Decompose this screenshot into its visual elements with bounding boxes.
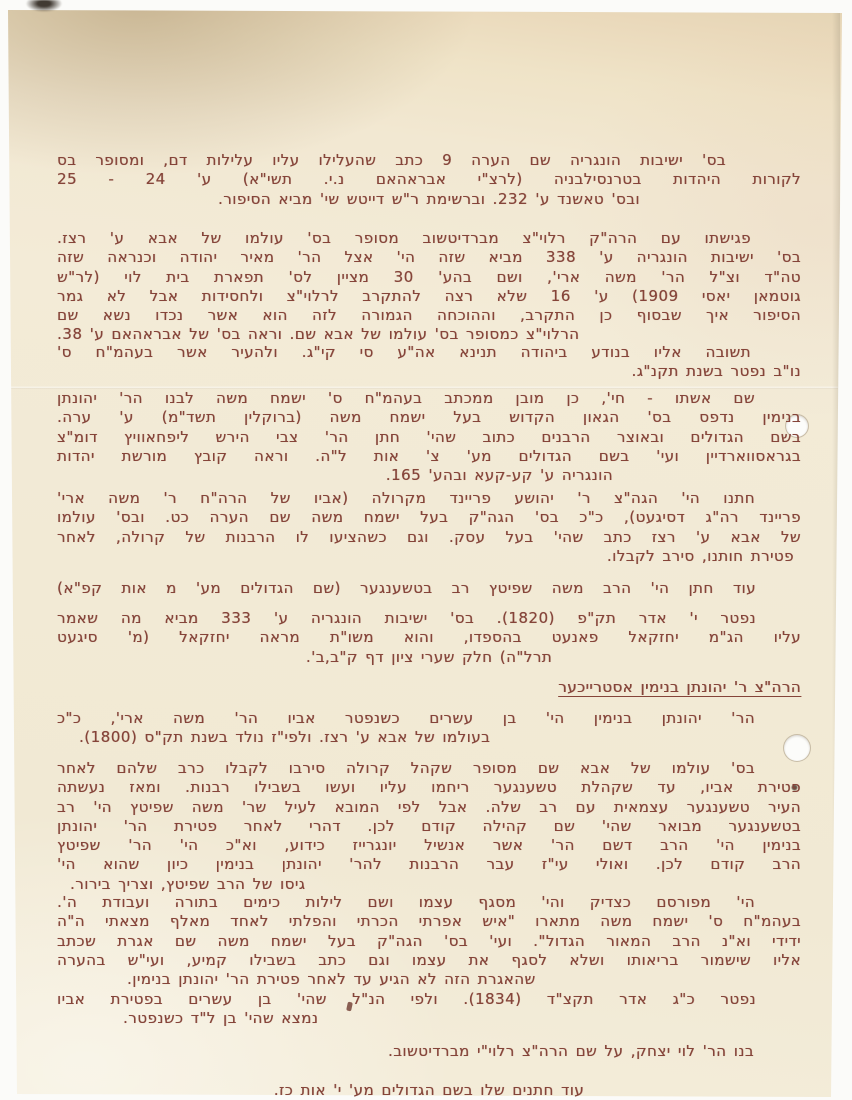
text-line: נו"ב נפטר בשנת תקנ"ג. — [57, 362, 801, 381]
paragraph-1: בס' ישיבות הונגריה שם הערה 9 כתב שהעלילו… — [57, 151, 801, 209]
scan-background: בס' ישיבות הונגריה שם הערה 9 כתב שהעלילו… — [0, 0, 852, 1100]
paragraph-5: חתנו הי' הגה"צ ר' יהושע פריינד מקרולה (א… — [57, 489, 801, 566]
text-line: הונגריה ע' קע-קעא ובהע' 165. — [57, 466, 801, 485]
paragraph-3: תשובה אליו בנודע ביהודה תנינא אה"ע סי קי… — [57, 343, 801, 382]
text-line: ידידי וא"נ הרב המאור הגדול". ועי' בס' הג… — [57, 932, 801, 951]
text-line: טה"ד וצ"ל הר' משה ארי', ושם בהע' 30 מציי… — [57, 268, 801, 287]
paragraph-14: עוד חתנים שלו בשם הגדולים מע' י' אות כז. — [57, 1081, 801, 1100]
text-line: בטשענגער מבואר שהי' שם קהילה קודם לכן. ד… — [57, 817, 801, 836]
text-line: בנו הר' לוי יצחק, על שם הרה"צ רלוי"י מבר… — [57, 1042, 801, 1061]
text-line: גיסו של הרב שפיטץ, וצריך בירור. — [57, 875, 801, 894]
text-line: נמצא שהי' בן ל"ד כשנפטר. — [57, 1009, 801, 1028]
text-line: בס' עולמו של אבא שם מסופר שקהל קרולה סיר… — [57, 759, 801, 778]
text-line: הסיפור איך שבסוף כן התקרב, וההוכחה הגמור… — [57, 306, 801, 325]
text-line: אליו שישמור בריאותו ושלא לסגף את עצמו וג… — [57, 951, 801, 970]
heading-text: הרה"צ ר' יהונתן בנימין אסטרייכער — [57, 678, 801, 697]
paper-edge-shade — [832, 10, 840, 1095]
text-line: בעהמ"ח ס' ישמח משה מתארו "איש אפרתי הכרת… — [57, 912, 801, 931]
text-line: חתנו הי' הגה"צ ר' יהושע פריינד מקרולה (א… — [57, 489, 801, 508]
text-line: עוד חתן הי' הרב משה שפיטץ רב בטשענגער (ש… — [57, 579, 801, 598]
text-line: של אבא ע' רצז כתב שהי' בעל עסק. וגם כשהצ… — [57, 528, 801, 547]
text-line: עוד חתנים שלו בשם הגדולים מע' י' אות כז. — [57, 1081, 801, 1100]
text-line: שהאגרת הזה לא הגיע עד לאחר פטירת הר' יהו… — [57, 970, 801, 989]
text-line: ובס' טאשנד ע' 232. וברשימת ר"ש דייטש שי'… — [57, 190, 801, 209]
document-text: בס' ישיבות הונגריה שם הערה 9 כתב שהעלילו… — [57, 0, 801, 1100]
paragraph-10: בס' עולמו של אבא שם מסופר שקהל קרולה סיר… — [57, 759, 801, 894]
paragraph-11: הי' מפורסם כצדיק והי' מסגף עצמו ושם לילו… — [57, 893, 801, 989]
text-line: לקורות היהדות בטרנסילבניה (לרצ"י אבראהאם… — [57, 170, 801, 189]
text-line: בגראסווארדיין ועי' בשם הגדולים מע' צ' או… — [57, 447, 801, 466]
text-line: הר' יהונתן בנימין הי' בן עשרים כשנפטר אב… — [57, 709, 801, 728]
text-line: פטירת חותנו, סירב לקבלו. — [57, 547, 801, 566]
text-line: בס' ישיבות הונגריה ע' 338 מביא שזה הי' א… — [57, 248, 801, 267]
text-line: פריינד רה"ג דסיגעט), כ"כ בס' הגה"ק בעל י… — [57, 508, 801, 527]
paragraph-6: עוד חתן הי' הרב משה שפיטץ רב בטשענגער (ש… — [57, 579, 801, 598]
text-line: תרל"ה) חלק שערי ציון דף ק"ב,ב'. — [57, 648, 801, 667]
text-line: העיר טשענגער עצמאית עם רב שלה. אבל לפי ה… — [57, 798, 801, 817]
text-line: תשובה אליו בנודע ביהודה תנינא אה"ע סי קי… — [57, 343, 801, 362]
text-line: פטירת אביו, עד שקהלת טשענגער ריחמו עליו … — [57, 778, 801, 797]
paragraph-13: בנו הר' לוי יצחק, על שם הרה"צ רלוי"י מבר… — [57, 1042, 801, 1061]
text-line: הרב קודם לכן. ואולי עי"ז עבר הרבנות להר'… — [57, 855, 801, 874]
section-heading: הרה"צ ר' יהונתן בנימין אסטרייכער — [57, 678, 801, 697]
text-line: פגישתו עם הרה"ק רלוי"צ מברדיטשוב מסופר ב… — [57, 229, 801, 248]
text-line: שם אשתו - חי', כן מובן ממכתב בעהמ"ח ס' י… — [57, 389, 801, 408]
text-line: בס' ישיבות הונגריה שם הערה 9 כתב שהעלילו… — [57, 151, 801, 170]
text-line: הרלוי"צ כמסופר בס' עולמו של אבא שם. וראה… — [57, 325, 801, 344]
text-line: נפטר כ"ג אדר תקצ"ד (1834). ולפי הנ"ל שהי… — [57, 990, 801, 1009]
text-line: בנימין נדפס בס' הגאון הקדוש בעל ישמח משה… — [57, 408, 801, 427]
paragraph-2: פגישתו עם הרה"ק רלוי"צ מברדיטשוב מסופר ב… — [57, 229, 801, 345]
text-line: בשם הגדולים ובאוצר הרבנים כתוב שהי' חתן … — [57, 428, 801, 447]
text-line: בנימין הי' הרב דשם הר' אשר אנשיל יונגריי… — [57, 836, 801, 855]
paragraph-4: שם אשתו - חי', כן מובן ממכתב בעהמ"ח ס' י… — [57, 389, 801, 485]
text-line: בעולמו של אבא ע' רצז. ולפי"ז נולד בשנת ת… — [57, 728, 801, 747]
text-line: הי' מפורסם כצדיק והי' מסגף עצמו ושם לילו… — [57, 893, 801, 912]
paragraph-9: הר' יהונתן בנימין הי' בן עשרים כשנפטר אב… — [57, 709, 801, 748]
paragraph-12: נפטר כ"ג אדר תקצ"ד (1834). ולפי הנ"ל שהי… — [57, 990, 801, 1029]
paragraph-7: נפטר י' אדר תק"פ (1820). בס' ישיבות הונג… — [57, 609, 801, 667]
text-line: גוטמאן יאסי 1909) ע' 16 שלא רצה להתקרב ל… — [57, 287, 801, 306]
text-line: נפטר י' אדר תק"פ (1820). בס' ישיבות הונג… — [57, 609, 801, 628]
text-line: עליו הג"מ יחזקאל פאנעט בהספדו, והוא משו"… — [57, 628, 801, 647]
